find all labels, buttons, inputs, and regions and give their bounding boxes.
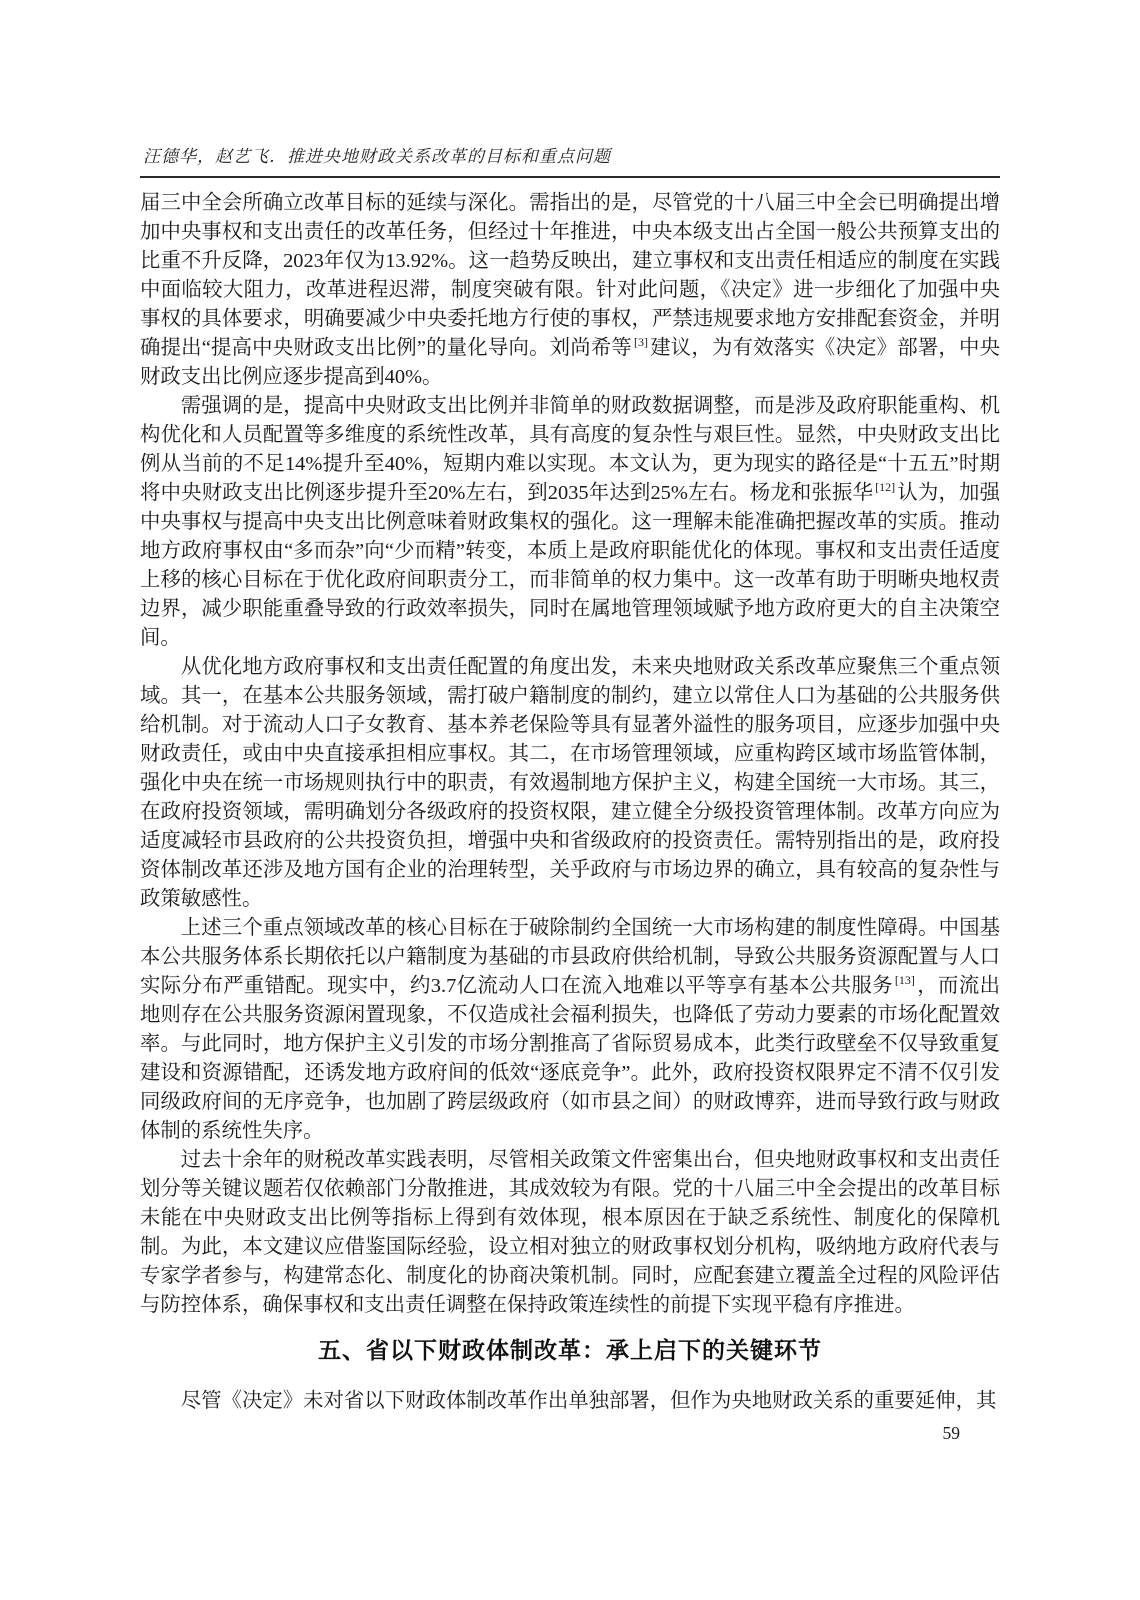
paragraph-text: 过去十余年的财税改革实践表明，尽管相关政策文件密集出台，但央地财政事权和支出责任…: [140, 1149, 1000, 1316]
paragraph-text: 上述三个重点领域改革的核心目标在于破除制约全国统一大市场构建的制度性障碍。中国基…: [140, 917, 1000, 997]
paragraph: 过去十余年的财税改革实践表明，尽管相关政策文件密集出台，但央地财政事权和支出责任…: [140, 1146, 1000, 1320]
citation-ref-12: [12]: [875, 480, 895, 494]
paragraph-text: ，而流出地则存在公共服务资源闲置现象，不仅造成社会福利损失，也降低了劳动力要素的…: [140, 975, 1000, 1142]
paragraph: 尽管《决定》未对省以下财政体制改革作出单独部署，但作为央地财政关系的重要延伸，其: [140, 1387, 1000, 1416]
paragraph-text: 届三中全会所确立改革目标的延续与深化。需指出的是，尽管党的十八届三中全会已明确提…: [140, 192, 1000, 359]
journal-page: 汪德华，赵艺飞．推进央地财政关系改革的目标和重点问题 届三中全会所确立改革目标的…: [0, 0, 1140, 1600]
paragraph: 需强调的是，提高中央财政支出比例并非简单的财政数据调整，而是涉及政府职能重构、机…: [140, 392, 1000, 653]
citation-ref-3: [3]: [634, 335, 648, 349]
paragraph-text: 认为，加强中央事权与提高中央支出比例意味着财政集权的强化。这一理解未能准确把握改…: [140, 482, 1000, 649]
header-rule: [140, 176, 1000, 178]
paragraph-text: 需强调的是，提高中央财政支出比例并非简单的财政数据调整，而是涉及政府职能重构、机…: [140, 395, 1000, 504]
running-header: 汪德华，赵艺飞．推进央地财政关系改革的目标和重点问题: [143, 146, 1000, 168]
section-heading: 五、省以下财政体制改革：承上启下的关键环节: [140, 1334, 1000, 1366]
article-body: 届三中全会所确立改革目标的延续与深化。需指出的是，尽管党的十八届三中全会已明确提…: [140, 189, 1000, 1416]
paragraph-text: 从优化地方政府事权和支出责任配置的角度出发，未来央地财政关系改革应聚焦三个重点领…: [140, 656, 1000, 910]
running-header-text: 汪德华，赵艺飞．推进央地财政关系改革的目标和重点问题: [143, 147, 611, 166]
page-number: 59: [943, 1423, 961, 1444]
paragraph-continuation: 届三中全会所确立改革目标的延续与深化。需指出的是，尽管党的十八届三中全会已明确提…: [140, 189, 1000, 392]
paragraph-text: 尽管《决定》未对省以下财政体制改革作出单独部署，但作为央地财政关系的重要延伸，其: [181, 1390, 997, 1412]
paragraph: 上述三个重点领域改革的核心目标在于破除制约全国统一大市场构建的制度性障碍。中国基…: [140, 914, 1000, 1146]
paragraph: 从优化地方政府事权和支出责任配置的角度出发，未来央地财政关系改革应聚焦三个重点领…: [140, 653, 1000, 914]
citation-ref-13: [13]: [895, 973, 915, 987]
